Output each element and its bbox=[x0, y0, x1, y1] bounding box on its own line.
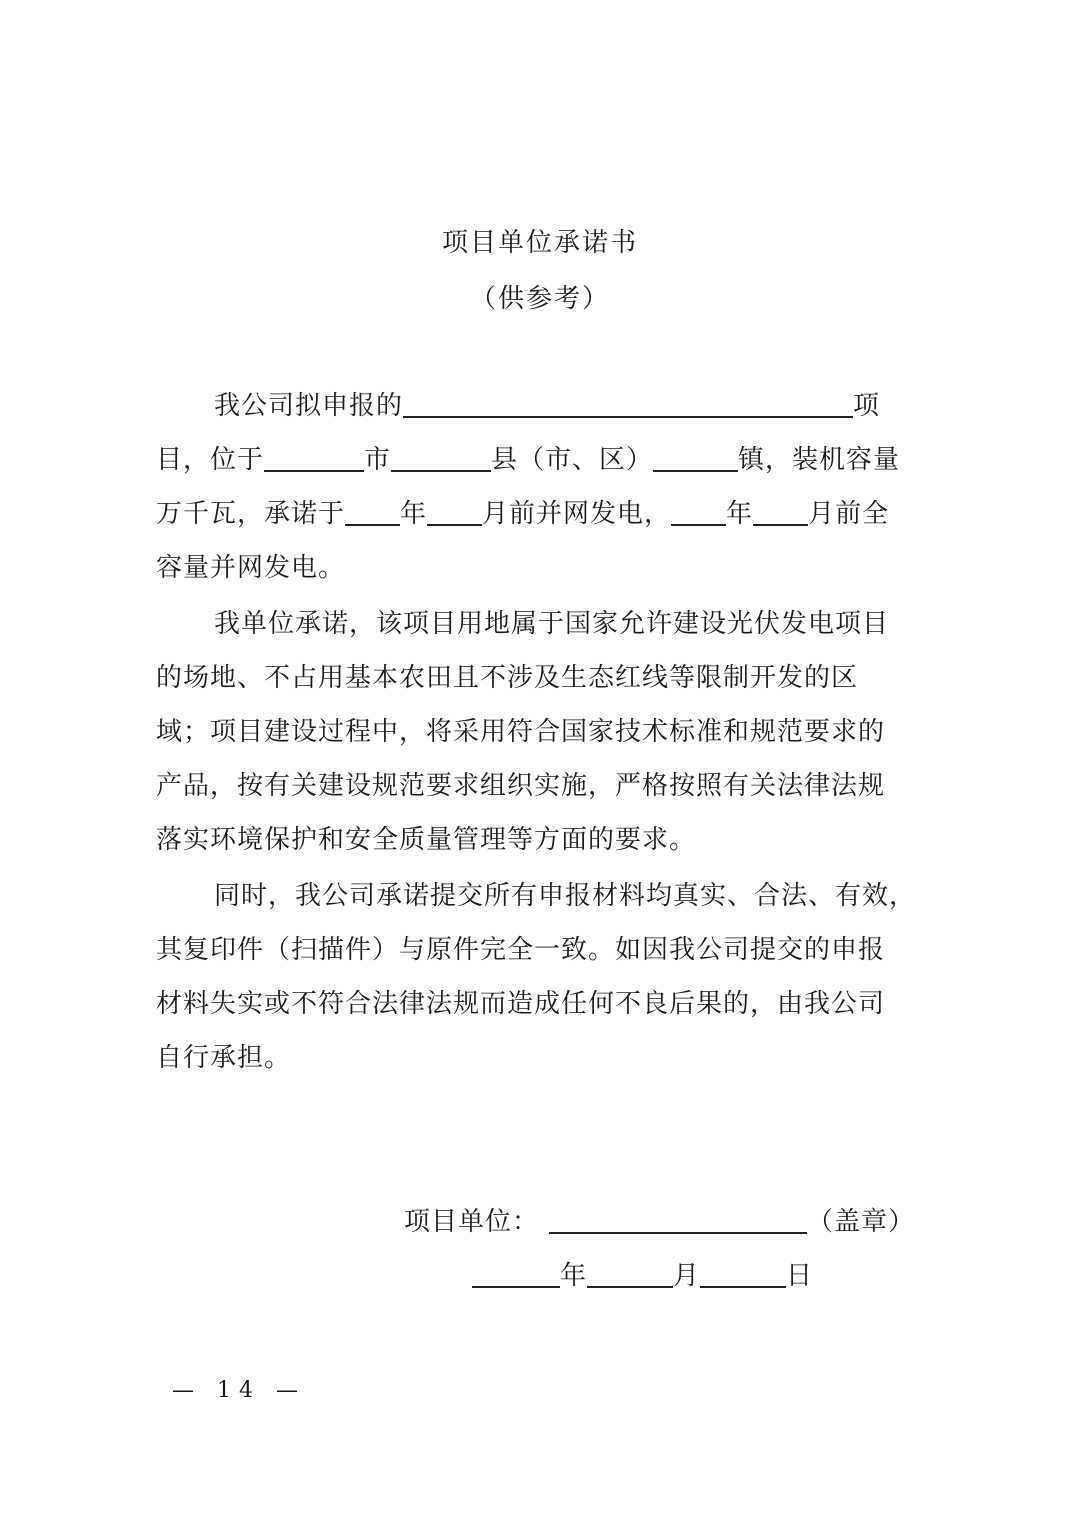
text: 县（市、区） bbox=[491, 445, 653, 475]
para2-line: 我单位承诺，该项目用地属于国家允许建设光伏发电项目 bbox=[214, 604, 926, 644]
para3-line: 其复印件（扫描件）与原件完全一致。如因我公司提交的申报 bbox=[156, 930, 926, 970]
year-label: 年 bbox=[560, 1261, 587, 1291]
para1-line1: 我公司拟申报的项 bbox=[214, 386, 926, 426]
text: 年 bbox=[726, 499, 753, 529]
sign-year-blank[interactable] bbox=[472, 1258, 560, 1288]
county-blank[interactable] bbox=[391, 442, 491, 472]
sign-month-blank[interactable] bbox=[587, 1258, 673, 1288]
para2-line: 域；项目建设过程中，将采用符合国家技术标准和规范要求的 bbox=[156, 712, 926, 752]
document-subtitle: （供参考） bbox=[0, 278, 1080, 315]
text: 月前并网发电， bbox=[482, 499, 671, 529]
grid-year-blank[interactable] bbox=[345, 496, 400, 526]
unit-label: 项目单位： bbox=[404, 1207, 539, 1237]
text: 月前全 bbox=[808, 499, 889, 529]
text: 市 bbox=[364, 445, 391, 475]
para3-line: 自行承担。 bbox=[156, 1038, 926, 1078]
unit-name-blank[interactable] bbox=[549, 1204, 807, 1234]
para3-line: 材料失实或不符合法律法规而造成任何不良后果的，由我公司 bbox=[156, 984, 926, 1024]
text: 目，位于 bbox=[156, 445, 264, 475]
para1-line4: 容量并网发电。 bbox=[156, 548, 926, 588]
para2-line: 产品，按有关建设规范要求组织实施，严格按照有关法律法规 bbox=[156, 766, 926, 806]
day-label: 日 bbox=[786, 1261, 813, 1291]
text: 我公司拟申报的 bbox=[214, 391, 403, 421]
text: 万千瓦，承诺于 bbox=[156, 499, 345, 529]
full-month-blank[interactable] bbox=[753, 496, 808, 526]
para2-line: 落实环境保护和安全质量管理等方面的要求。 bbox=[156, 820, 926, 860]
page-number: — 14 — bbox=[172, 1378, 306, 1403]
para3-line: 同时，我公司承诺提交所有申报材料均真实、合法、有效， bbox=[214, 876, 926, 916]
text: 年 bbox=[400, 499, 427, 529]
para2-line: 的场地、不占用基本农田且不涉及生态红线等限制开发的区 bbox=[156, 658, 926, 698]
para1-line3: 万千瓦，承诺于年月前并网发电，年月前全 bbox=[156, 494, 926, 534]
full-year-blank[interactable] bbox=[671, 496, 726, 526]
project-name-blank[interactable] bbox=[403, 388, 853, 418]
seal-label: （盖章） bbox=[807, 1207, 915, 1237]
text: 项 bbox=[853, 391, 880, 421]
grid-month-blank[interactable] bbox=[427, 496, 482, 526]
signature-unit-line: 项目单位：（盖章） bbox=[404, 1202, 924, 1242]
signature-date-line: 年月日 bbox=[472, 1256, 872, 1296]
month-label: 月 bbox=[673, 1261, 700, 1291]
text: 镇，装机容量 bbox=[738, 445, 900, 475]
document-title: 项目单位承诺书 bbox=[0, 222, 1080, 259]
town-blank[interactable] bbox=[653, 442, 738, 472]
sign-day-blank[interactable] bbox=[700, 1258, 786, 1288]
city-blank[interactable] bbox=[264, 442, 364, 472]
para1-line2: 目，位于市县（市、区）镇，装机容量 bbox=[156, 440, 926, 480]
